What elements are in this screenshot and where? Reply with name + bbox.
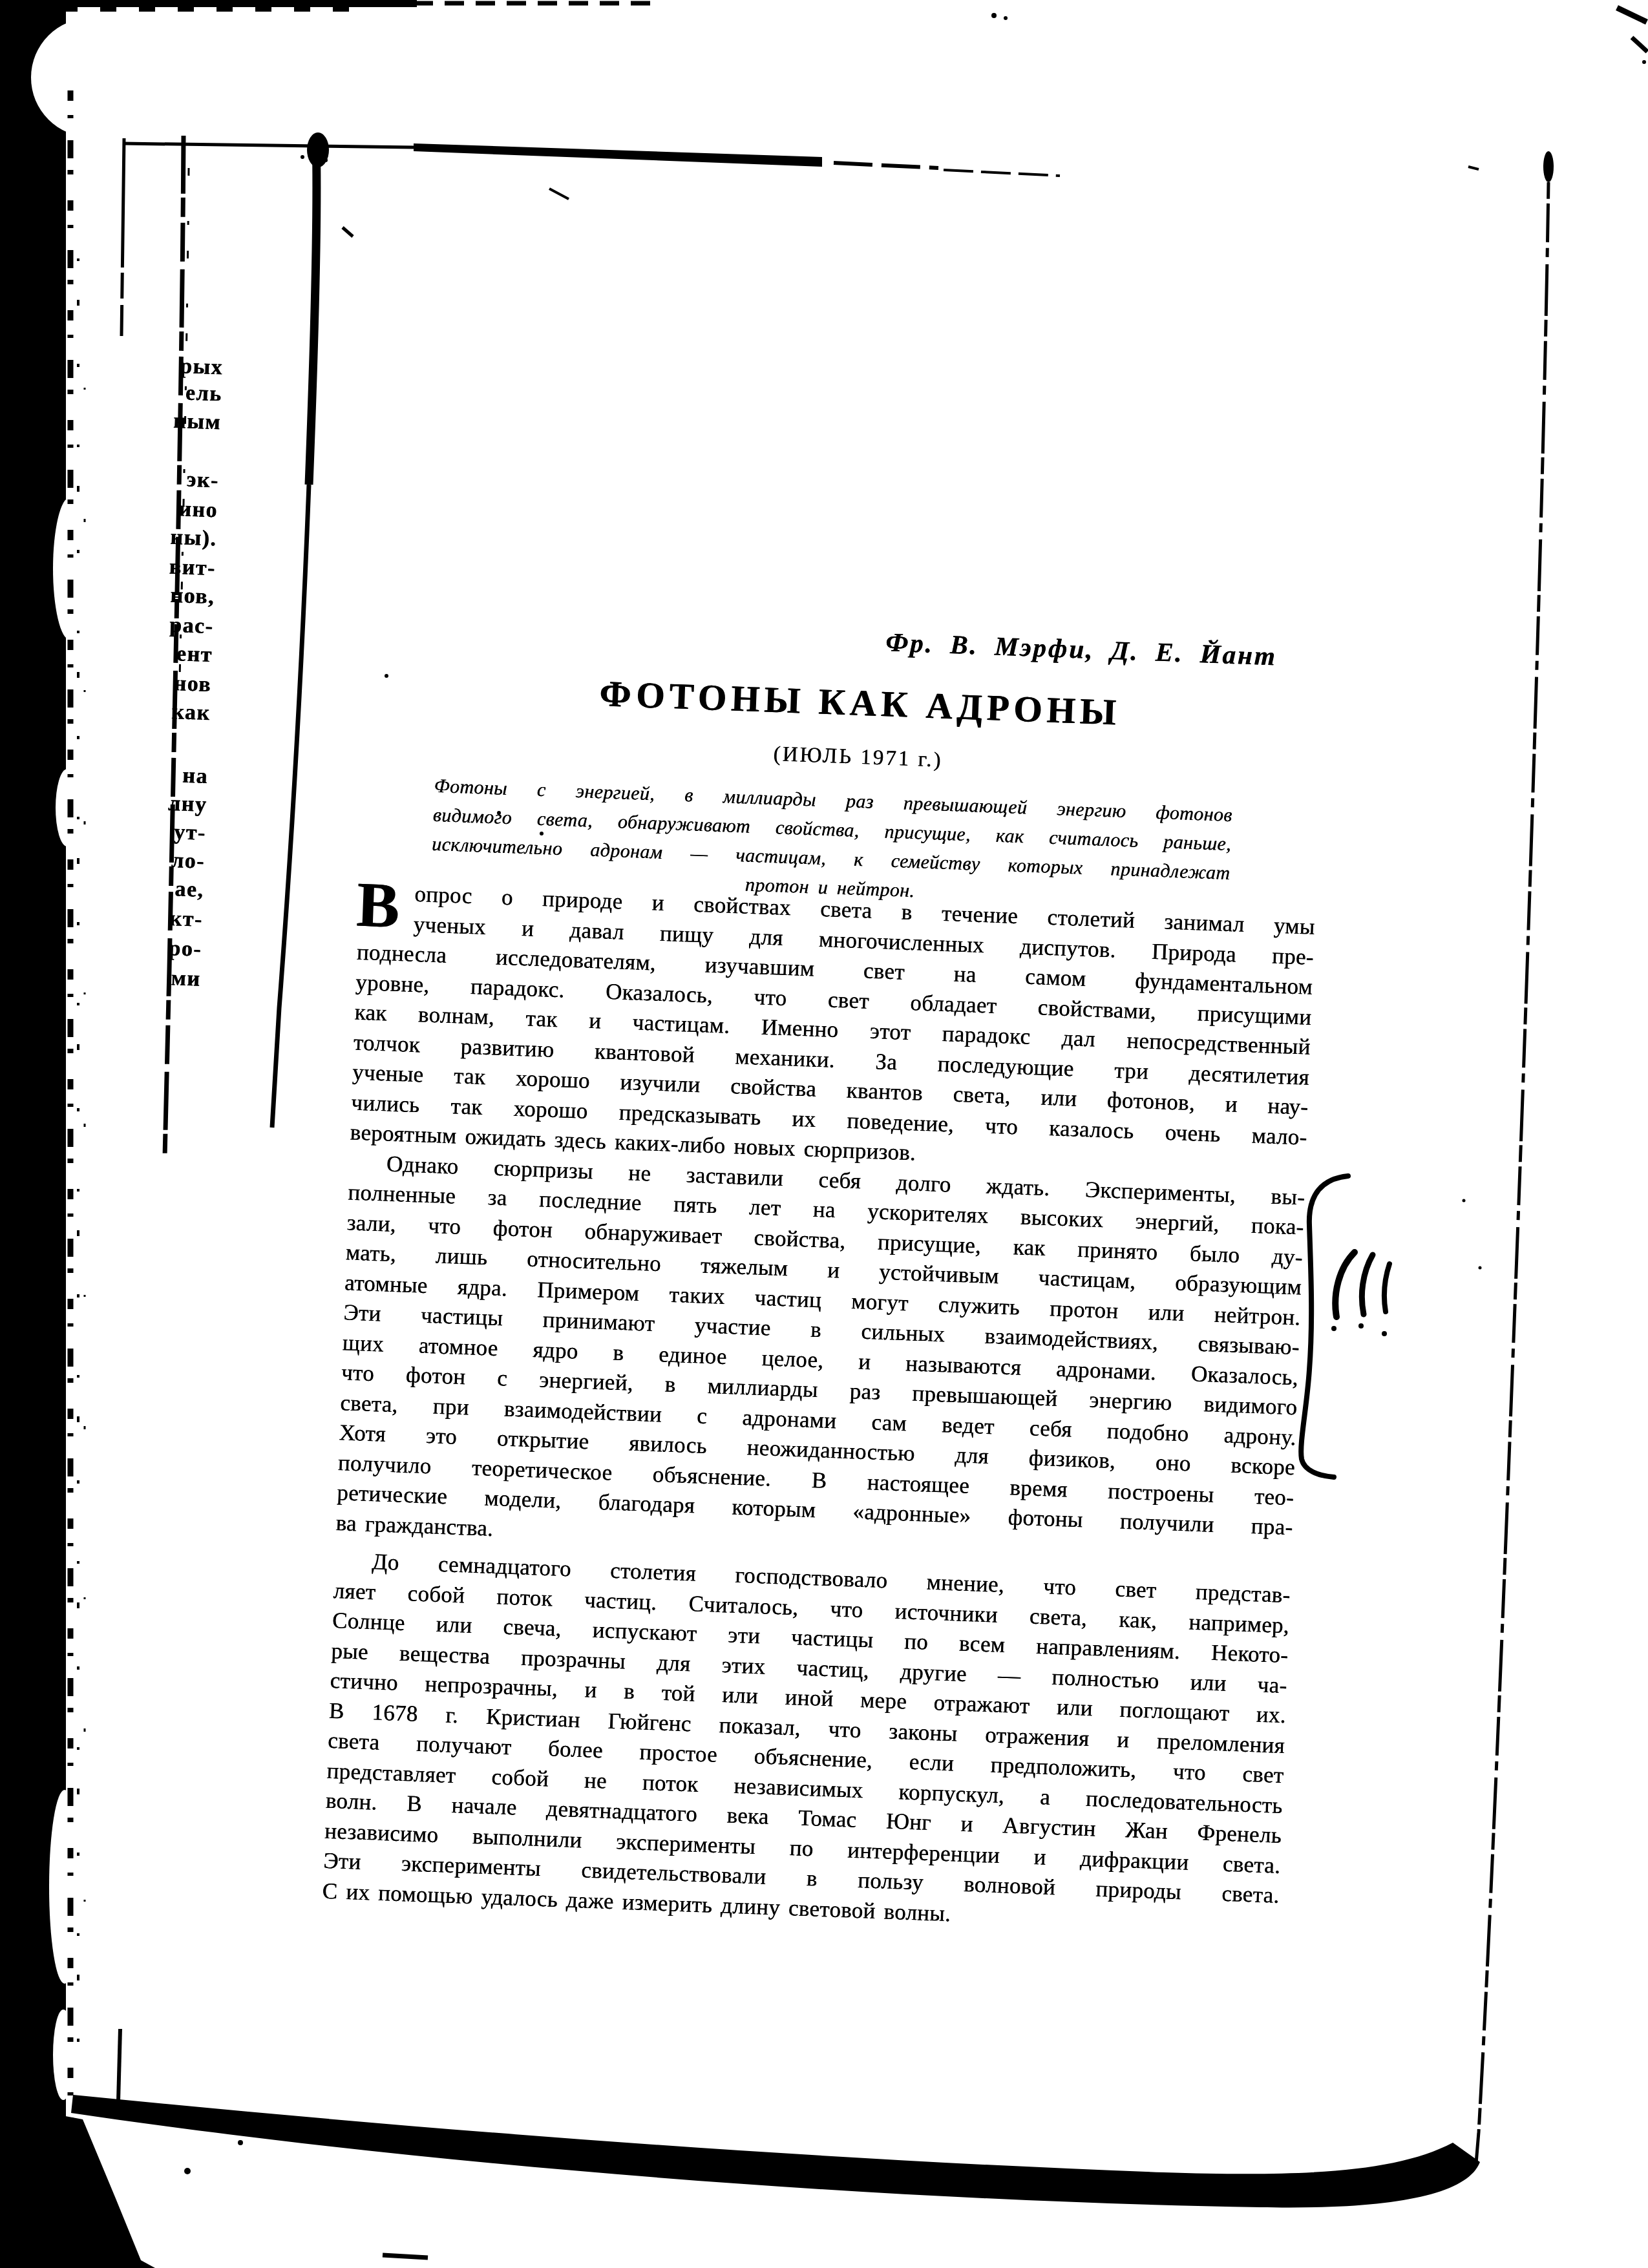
drop-cap: В	[355, 877, 400, 934]
paragraph-1: В опрос о природе и свойствах света в те…	[350, 877, 1315, 1182]
left-gutter-band	[0, 0, 243, 2268]
gutter-fragment: ми	[171, 966, 201, 992]
gutter-fragment: ро-	[168, 936, 202, 962]
article-column: Фр. В. Мэрфи, Д. Е. Йант ФОТОНЫ КАК АДРО…	[317, 600, 1326, 2055]
pencil-tick-marks-icon	[1331, 1252, 1389, 1336]
gutter-fragment: кт-	[169, 907, 203, 932]
page-top-edge-line	[123, 143, 1060, 176]
page-right-edge-line	[1468, 151, 1554, 2163]
gutter-fragment: ным	[173, 409, 221, 436]
pencil-bracket-icon	[1301, 1176, 1348, 1477]
gutter-fragment: эк-	[186, 468, 219, 494]
gutter-fragment: ино	[178, 497, 218, 523]
article-title: ФОТОНЫ КАК АДРОНЫ	[381, 665, 1338, 742]
gutter-fragment: ае,	[174, 877, 204, 903]
gutter-fragment: как	[171, 700, 211, 726]
gutter-fragment: вит-	[169, 555, 216, 582]
gutter-fragment: ны).	[170, 525, 217, 552]
paragraph-3: До семнадцатого столетия господствовало …	[322, 1546, 1291, 1941]
gutter-fragment: лну	[167, 792, 207, 817]
gutter-fragment: рас-	[169, 613, 214, 639]
top-edge-strip	[0, 0, 653, 13]
body-text: В опрос о природе и свойствах света в те…	[322, 877, 1315, 1941]
gutter-fragment: рых	[179, 354, 223, 380]
gutter-fragment: ут-	[173, 820, 206, 846]
gutter-fragment: ло-	[171, 848, 205, 874]
scanned-book-page: { "page": {"background": "#ffffff", "ink…	[0, 0, 1648, 2268]
page-bottom-edge-band	[71, 2095, 1480, 2258]
paragraph-2: Однако сюрпризы не заставили себя долго …	[335, 1148, 1305, 1573]
stacked-page-edge-bar	[272, 132, 329, 1128]
gutter-fragment: нов,	[170, 583, 215, 609]
gutter-fragment: ент	[176, 642, 213, 667]
gutter-fragment: на	[182, 764, 209, 789]
gutter-fragment: ель	[185, 381, 222, 406]
gutter-fragment: нов	[173, 671, 212, 697]
